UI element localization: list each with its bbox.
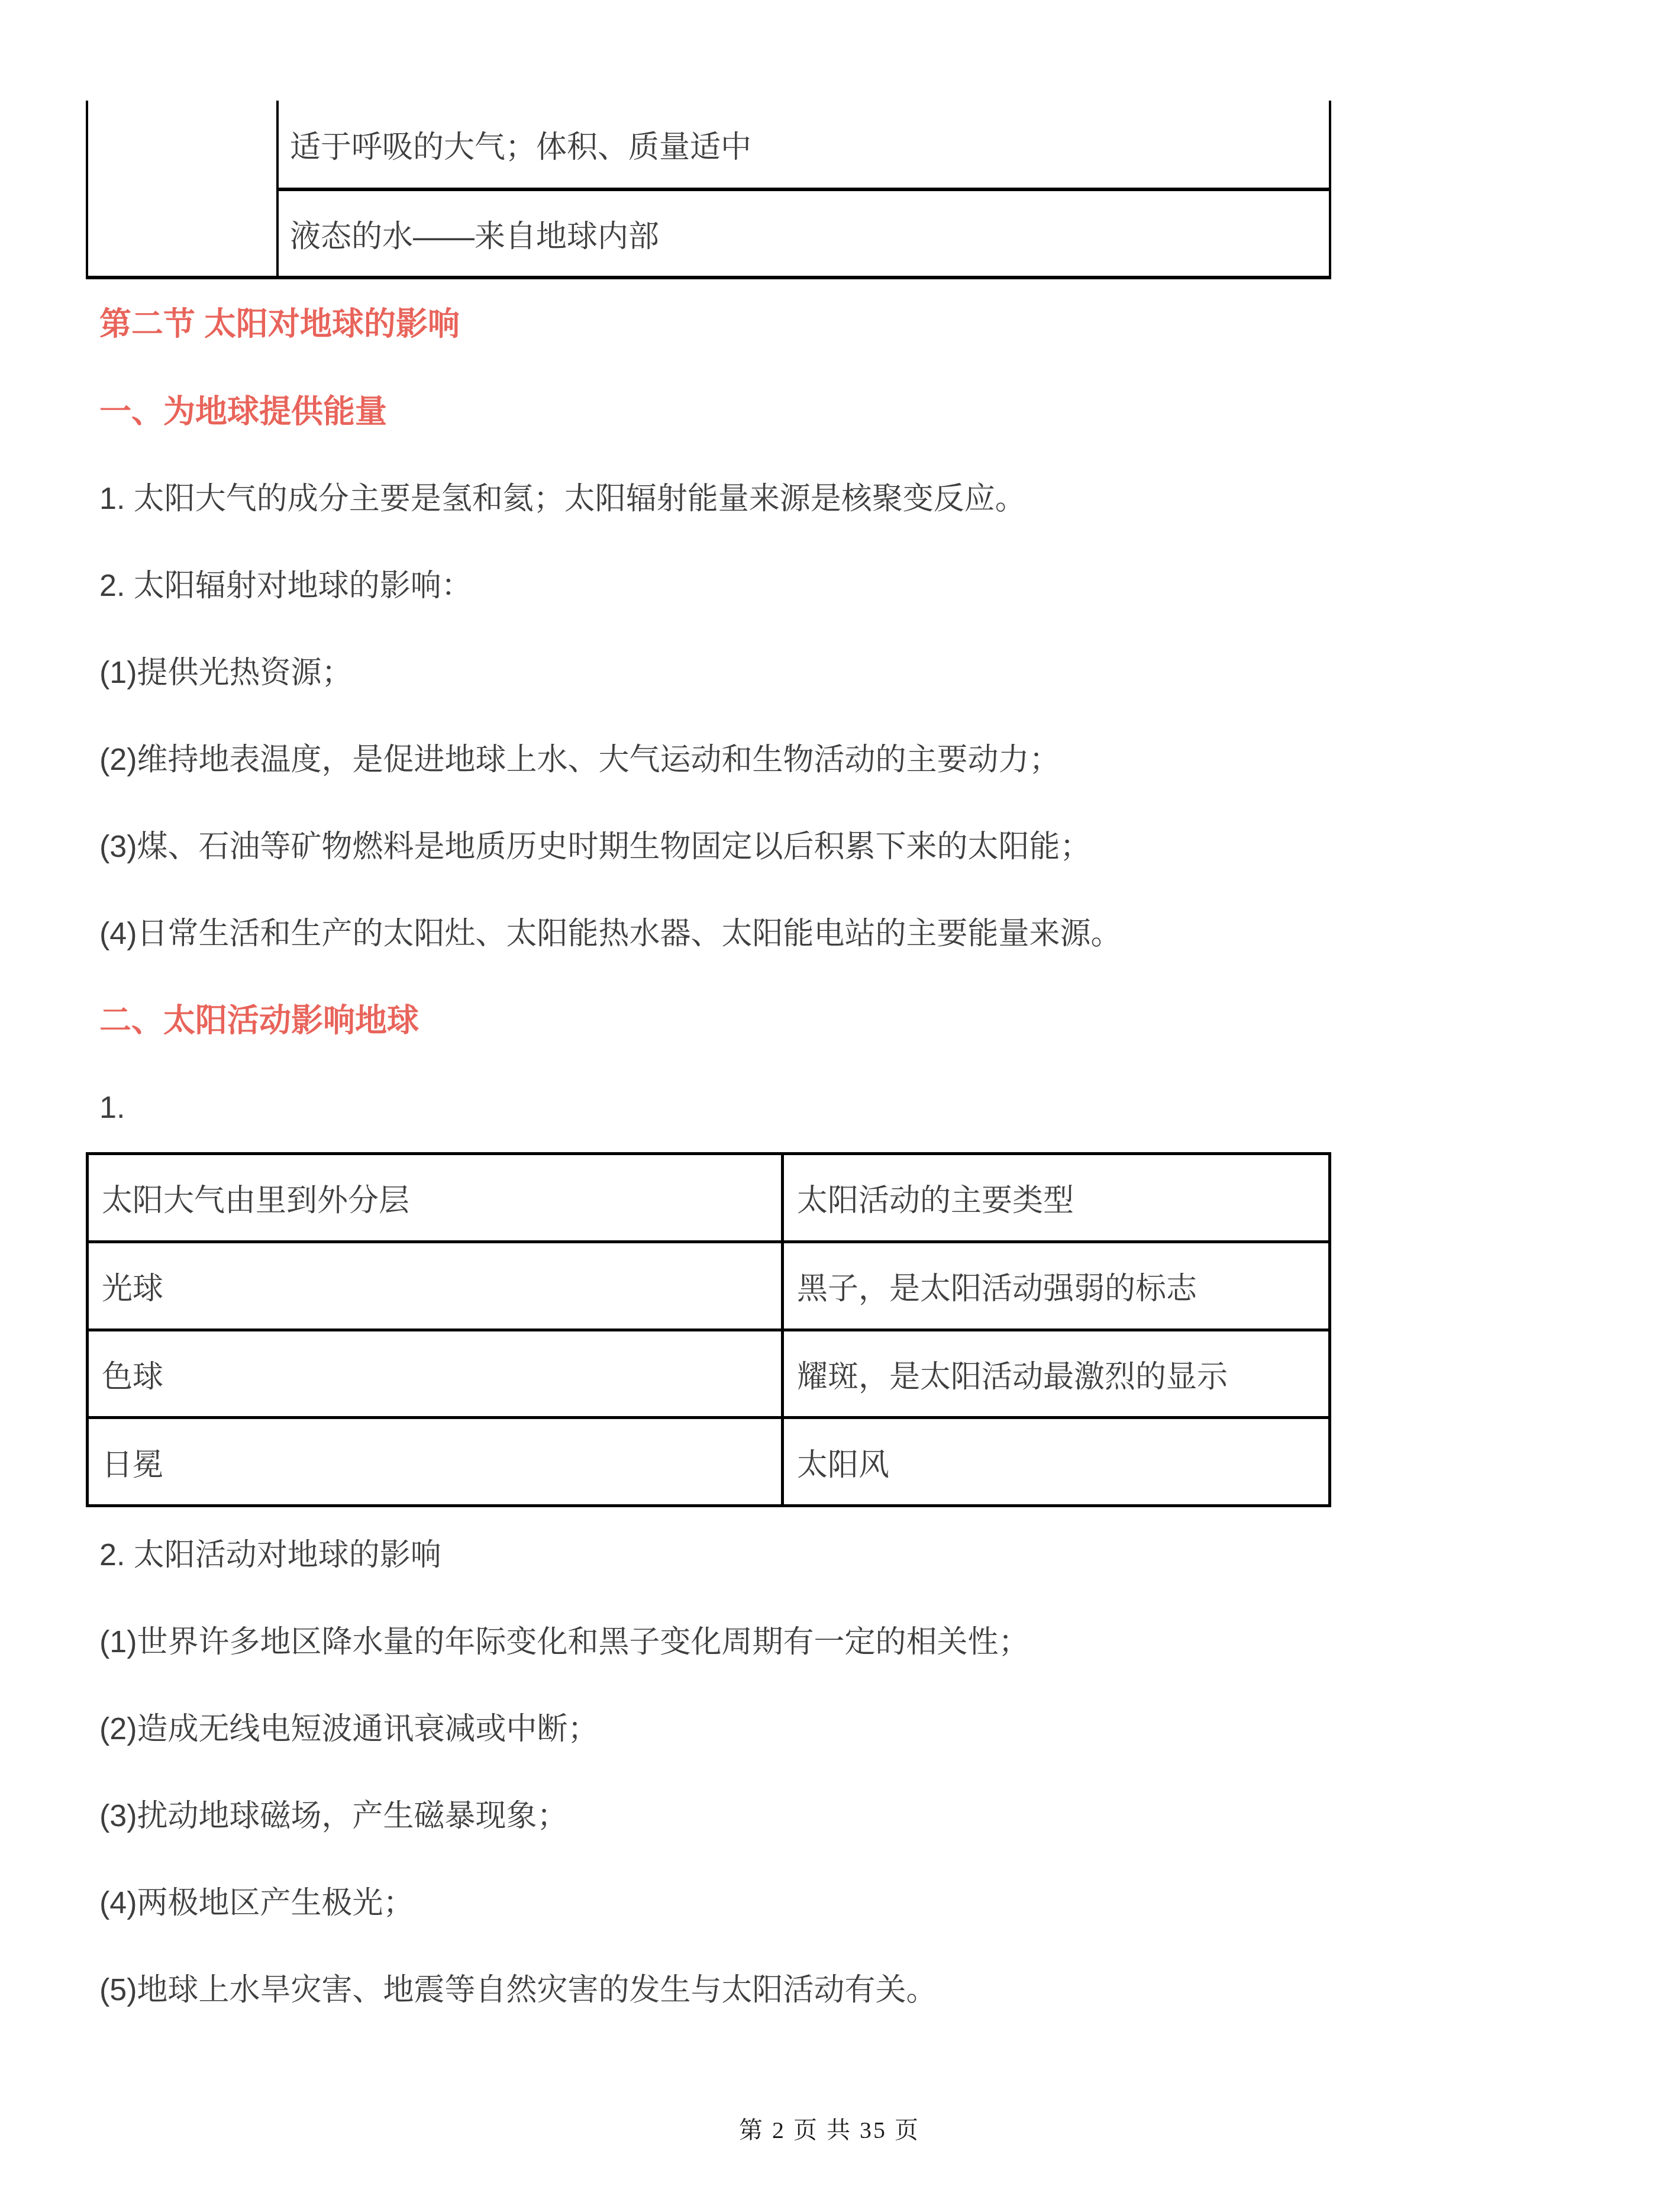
document-page: 适于呼吸的大气；体积、质量适中 液态的水——来自地球内部 第二节 太阳对地球的影… — [0, 0, 1659, 2212]
paragraph: 1. — [99, 1086, 125, 1129]
table-cell: 耀斑，是太阳活动最激烈的显示 — [784, 1331, 1328, 1417]
paragraph: 2. 太阳辐射对地球的影响： — [99, 565, 472, 607]
section-title: 第二节 太阳对地球的影响 — [99, 303, 460, 346]
list-item: (1)提供光热资源； — [99, 652, 353, 694]
table-row: 光球 黑子，是太阳活动强弱的标志 — [89, 1240, 1328, 1329]
table-header-row: 太阳大气由里到外分层 太阳活动的主要类型 — [89, 1155, 1328, 1240]
part2-title: 二、太阳活动影响地球 — [99, 999, 419, 1042]
table-row: 色球 耀斑，是太阳活动最激烈的显示 — [89, 1329, 1328, 1417]
table-header-cell: 太阳活动的主要类型 — [784, 1155, 1328, 1240]
list-item: (4)两极地区产生极光； — [99, 1882, 414, 1924]
table-cell: 液态的水——来自地球内部 — [290, 191, 1296, 276]
part1-title: 一、为地球提供能量 — [99, 391, 387, 433]
list-item: (3)扰动地球磁场，产生磁暴现象； — [99, 1795, 568, 1837]
table-cell: 光球 — [89, 1243, 784, 1329]
list-item: (5)地球上水旱灾害、地震等自然灾害的发生与太阳活动有关。 — [99, 1969, 937, 2011]
list-item: (1)世界许多地区降水量的年际变化和黑子变化周期有一定的相关性； — [99, 1621, 1029, 1663]
paragraph: 2. 太阳活动对地球的影响 — [99, 1534, 441, 1576]
table-cell: 太阳风 — [784, 1419, 1328, 1504]
table-row: 日冕 太阳风 — [89, 1416, 1328, 1504]
list-item: (3)煤、石油等矿物燃料是地质历史时期生物固定以后积累下来的太阳能； — [99, 826, 1091, 868]
page-number: 第 2 页 共 35 页 — [0, 2109, 1659, 2152]
table-header-cell: 太阳大气由里到外分层 — [89, 1155, 784, 1240]
list-item: (2)造成无线电短波通讯衰减或中断； — [99, 1708, 599, 1750]
solar-activity-table: 太阳大气由里到外分层 太阳活动的主要类型 光球 黑子，是太阳活动强弱的标志 色球… — [86, 1152, 1331, 1507]
table-cell: 适于呼吸的大气；体积、质量适中 — [290, 101, 1296, 188]
list-item: (4)日常生活和生产的太阳灶、太阳能热水器、太阳能电站的主要能量来源。 — [99, 912, 1122, 955]
continued-table: 适于呼吸的大气；体积、质量适中 液态的水——来自地球内部 — [86, 101, 1331, 279]
table-border-bottom — [86, 276, 1331, 279]
list-item: (2)维持地表温度，是促进地球上水、大气运动和生物活动的主要动力； — [99, 739, 1060, 781]
table-cell: 日冕 — [89, 1419, 784, 1504]
table-border-left — [86, 101, 88, 279]
table-cell: 黑子，是太阳活动强弱的标志 — [784, 1243, 1328, 1329]
paragraph: 1. 太阳大气的成分主要是氢和氦；太阳辐射能量来源是核聚变反应。 — [99, 478, 1026, 520]
table-cell: 色球 — [89, 1331, 784, 1417]
